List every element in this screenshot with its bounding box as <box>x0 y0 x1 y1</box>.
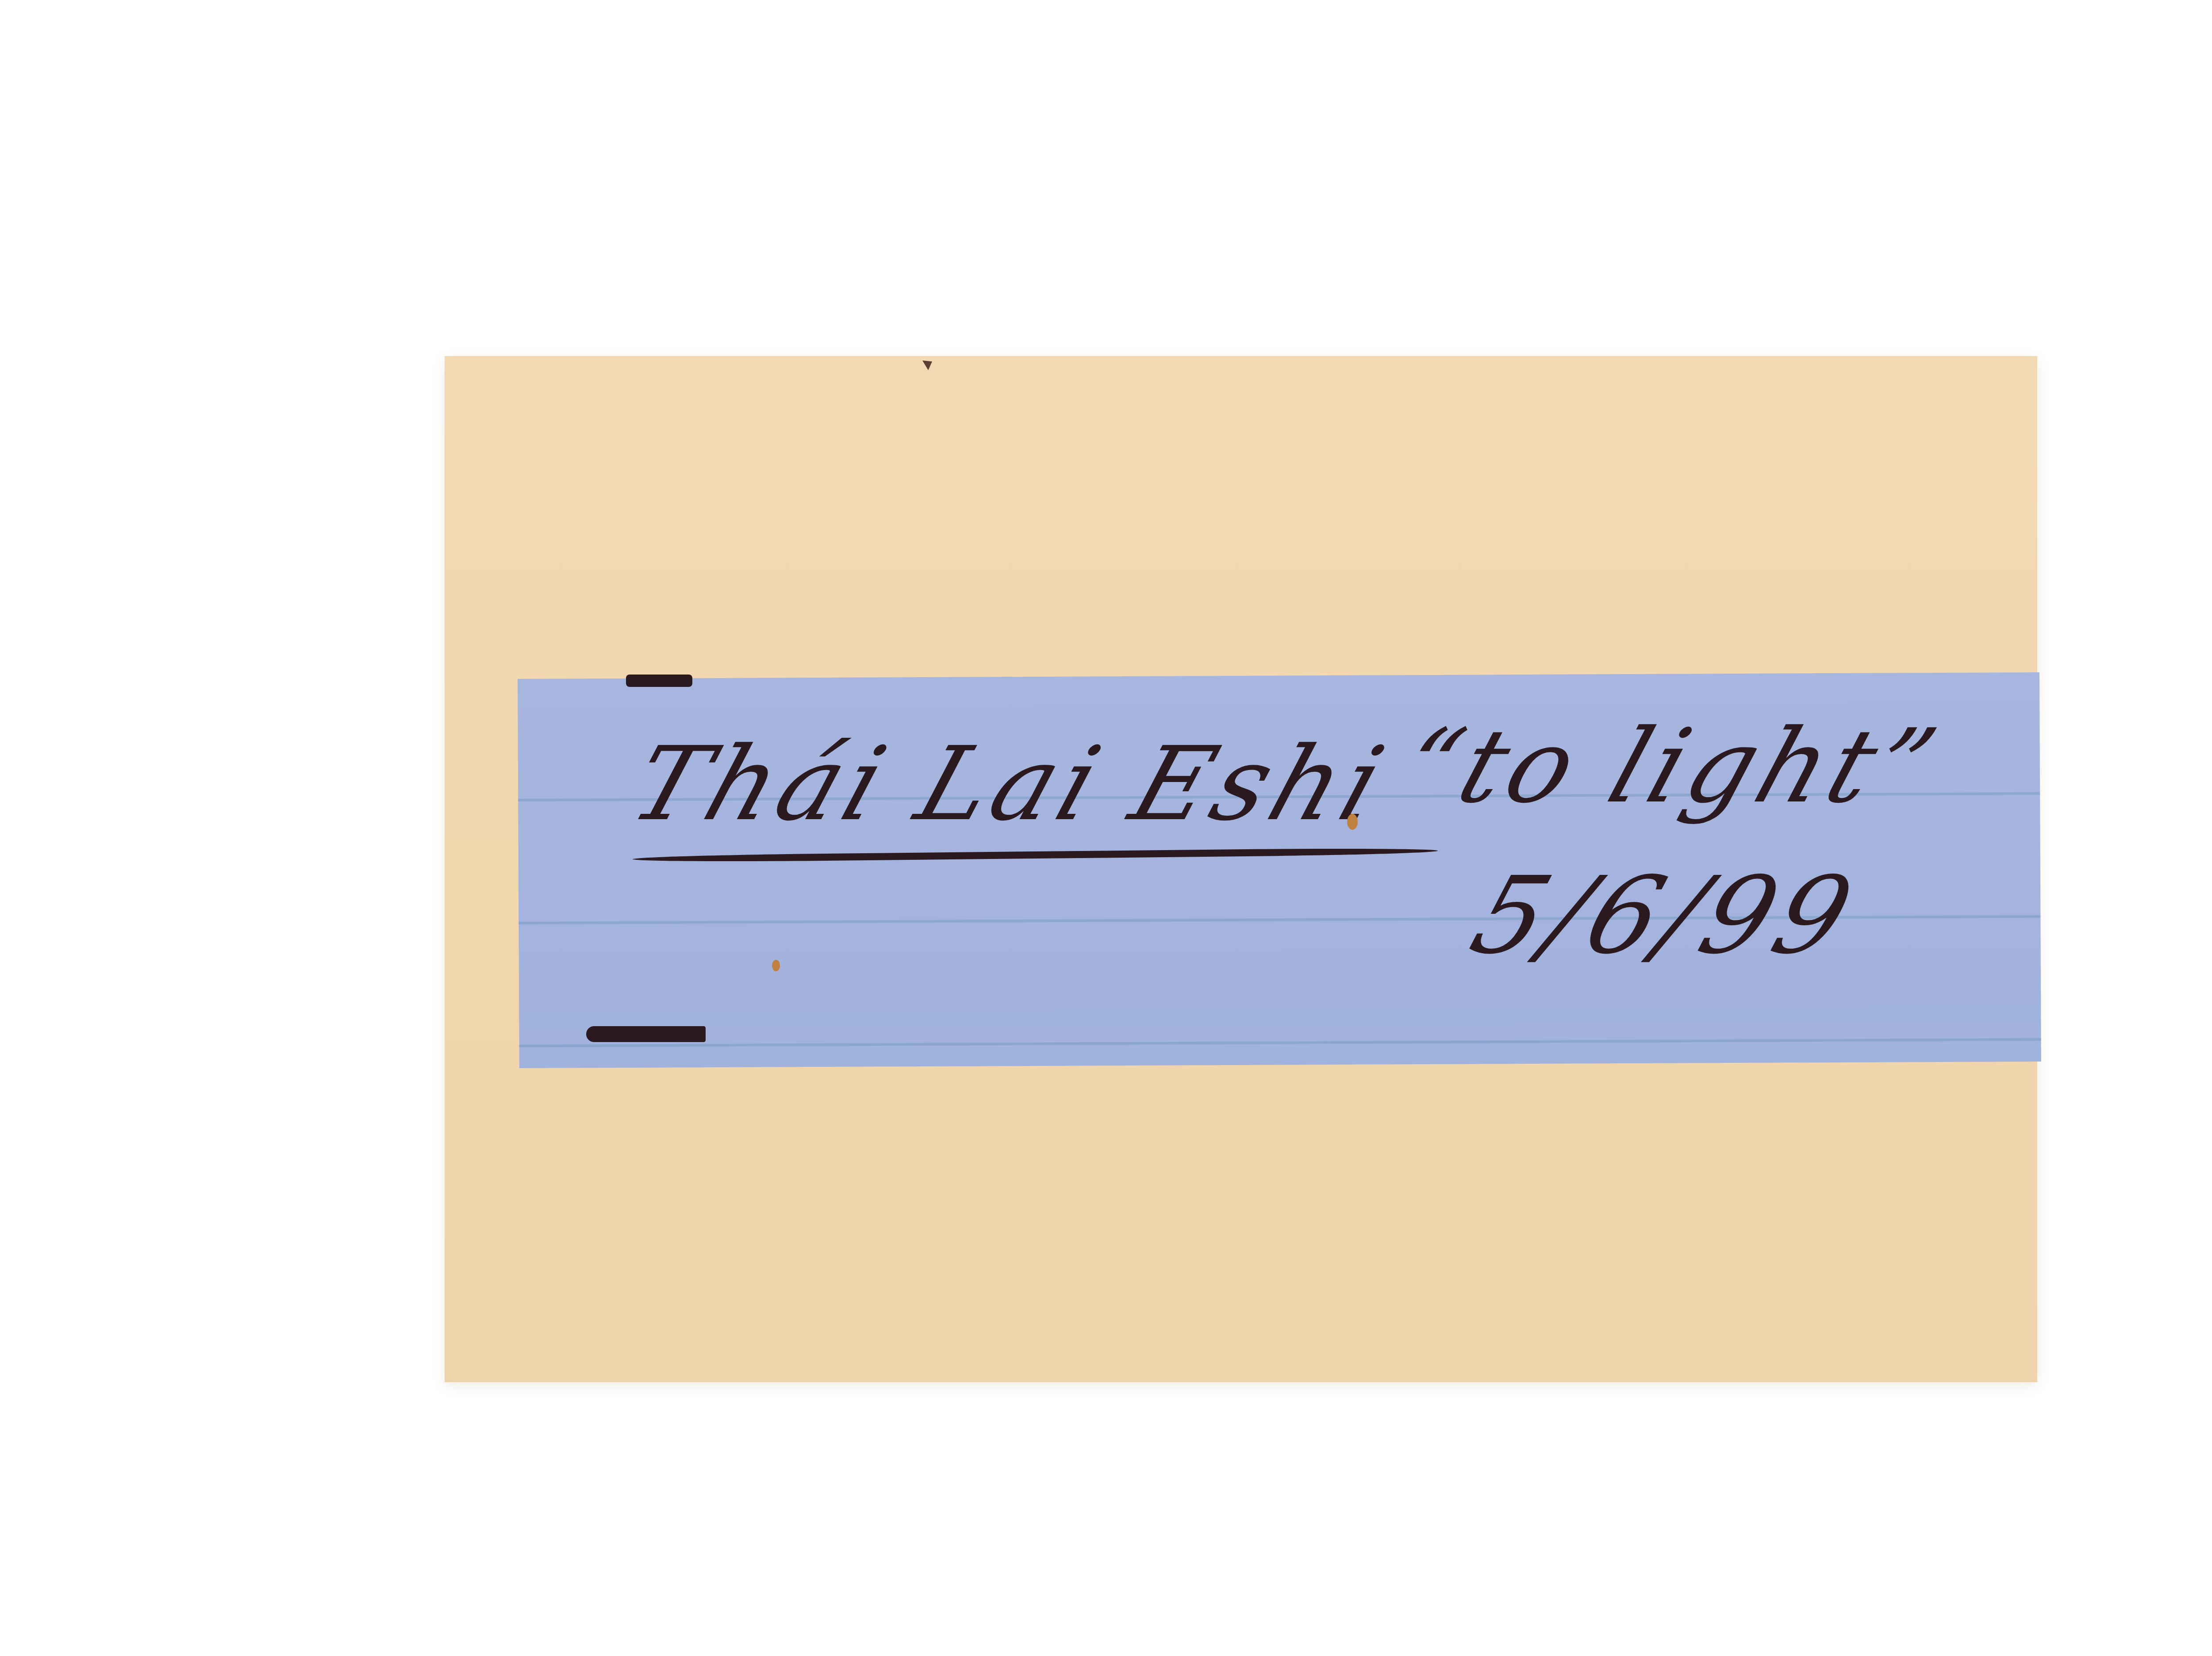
ink-mark-top <box>626 675 692 687</box>
foxing-stain <box>1347 814 1358 830</box>
ink-mark-bottom <box>586 1026 706 1042</box>
foxing-stain <box>772 960 780 971</box>
handwritten-quote: “to light” <box>1388 708 1955 826</box>
handwritten-date: 5/6/99 <box>1458 854 1871 977</box>
handwritten-name: Thái Lai Eshi <box>618 725 1402 843</box>
